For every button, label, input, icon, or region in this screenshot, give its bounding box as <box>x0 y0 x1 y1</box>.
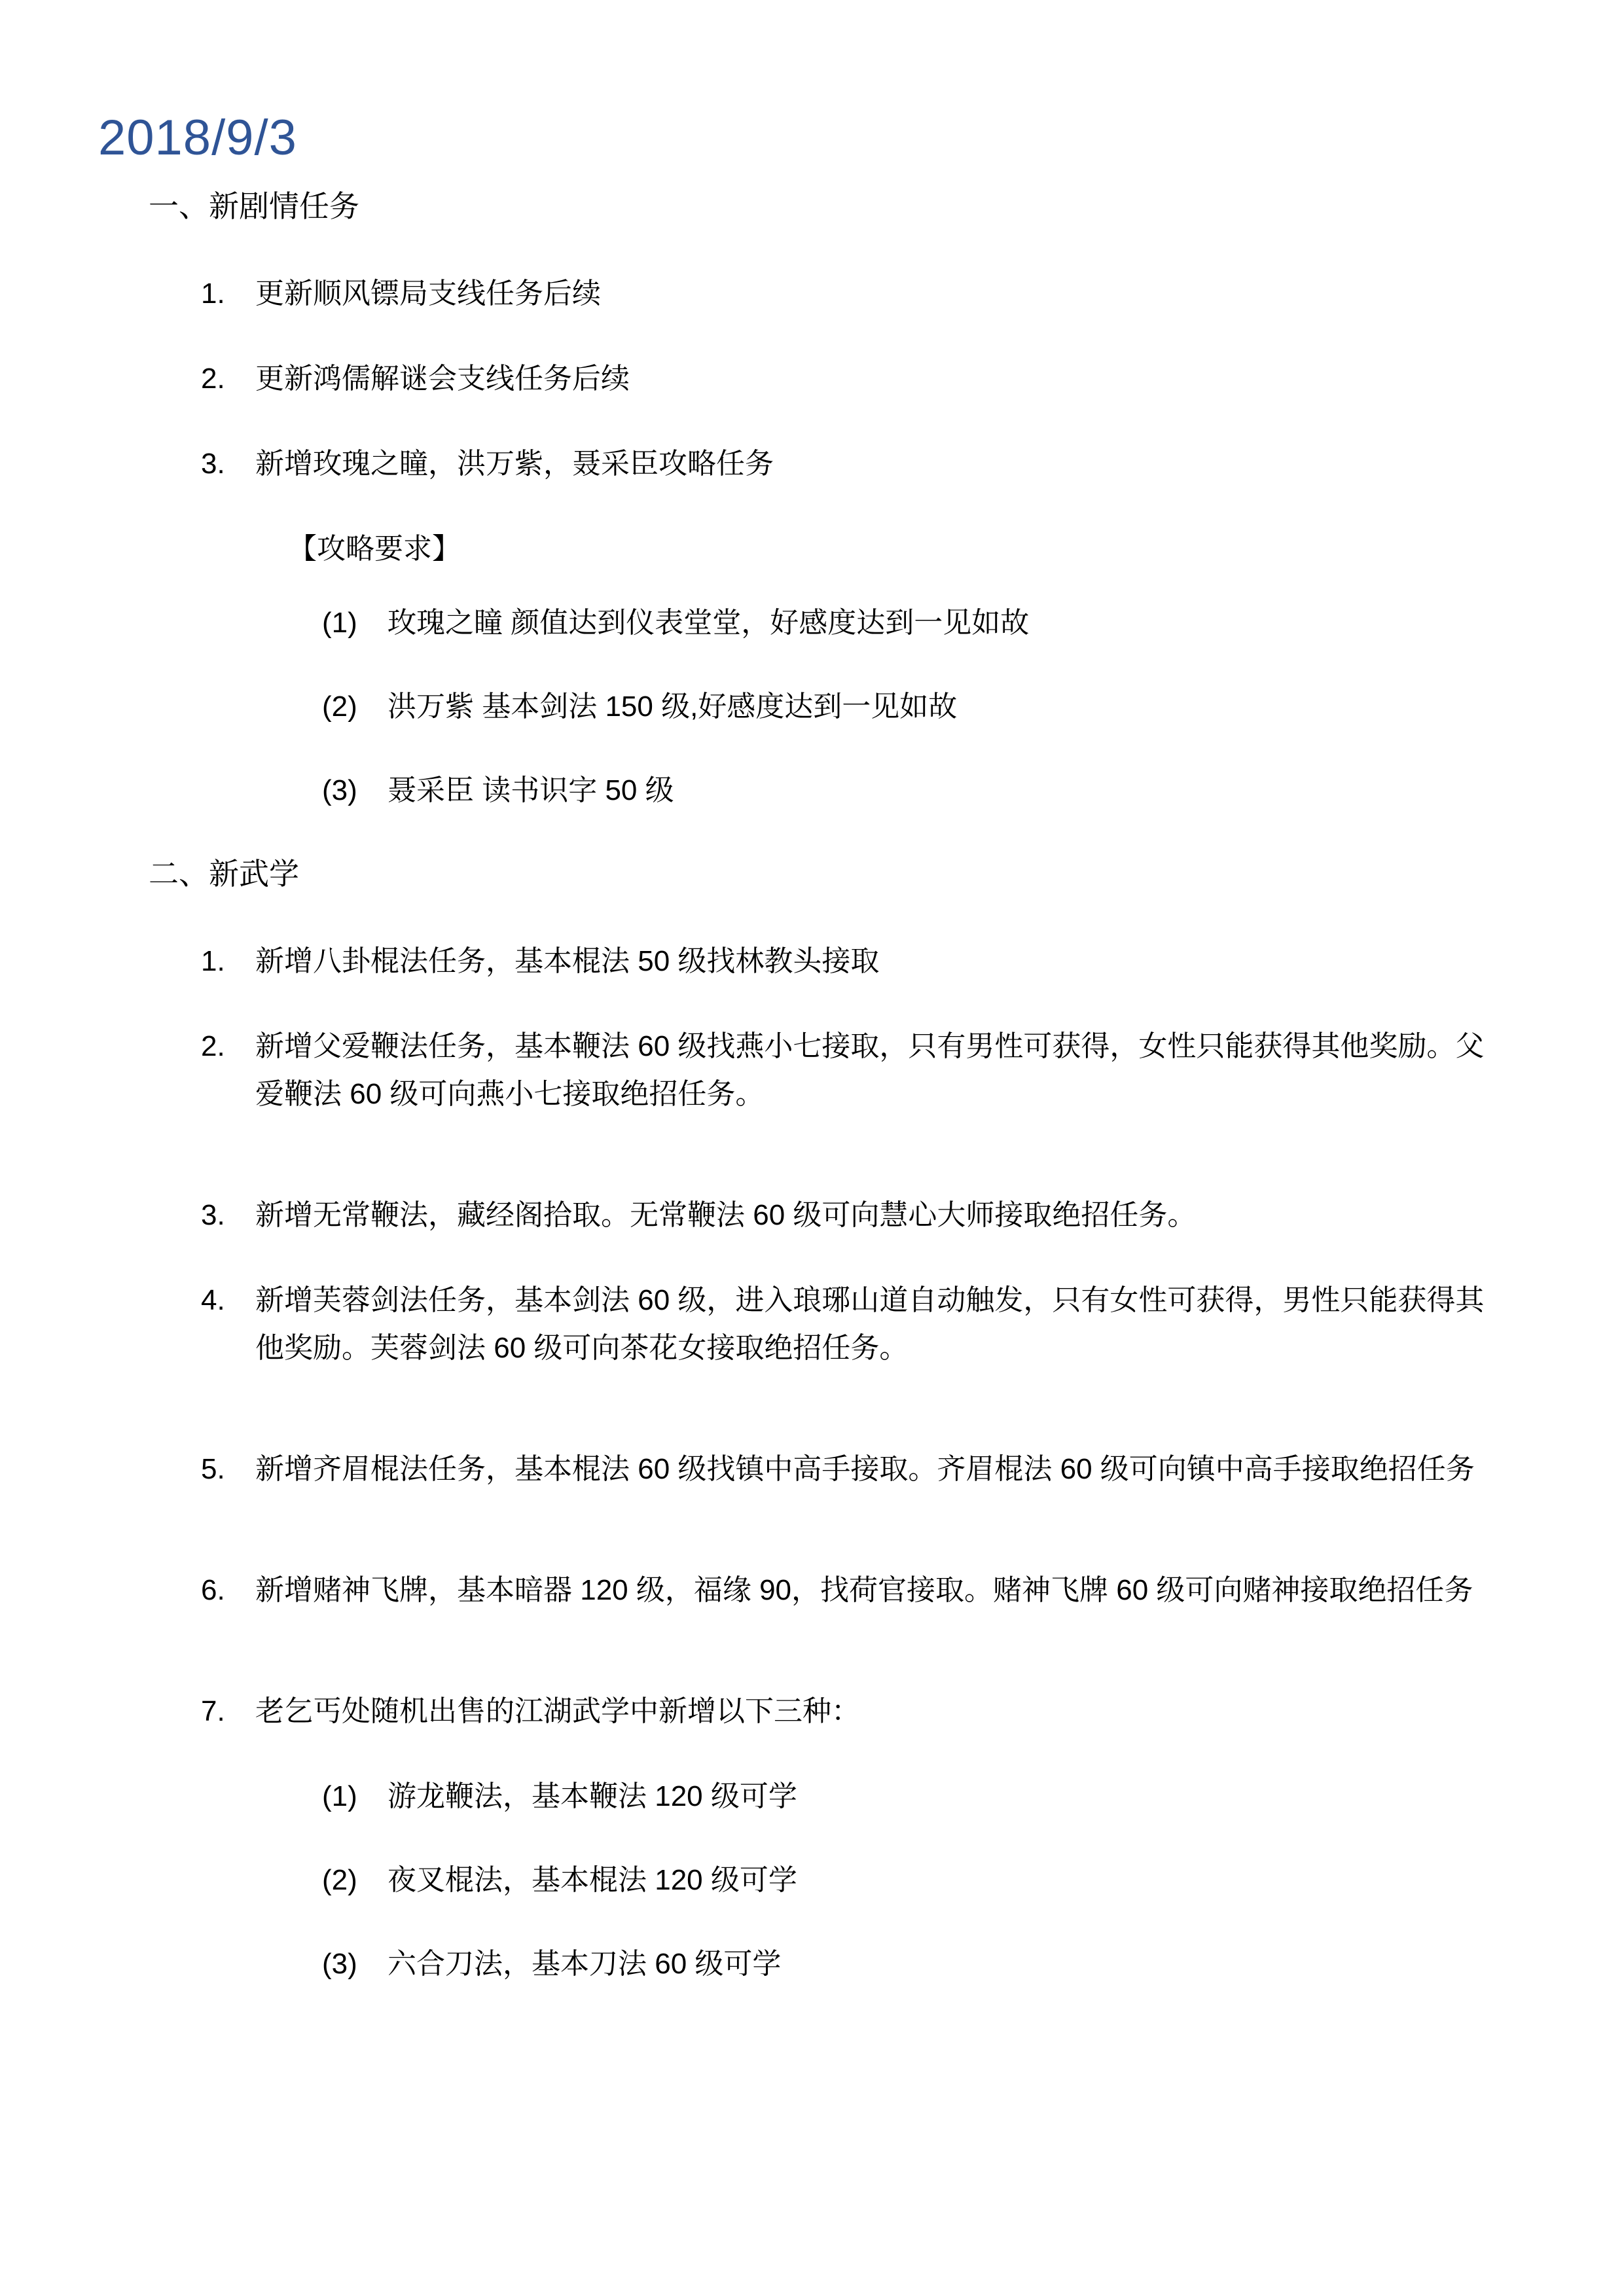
sub-list-item: (3)六合刀法，基本刀法 60 级可学 <box>322 1940 1513 1988</box>
list-item-number: 1. <box>201 937 255 985</box>
paragraph-spacer <box>0 1155 1624 1191</box>
page-title: 2018/9/3 <box>98 108 1513 168</box>
list-item-text: 更新顺风镖局支线任务后续 <box>255 270 1513 317</box>
bracket-heading: 【攻略要求】 <box>288 525 1513 573</box>
paragraph-spacer <box>0 1530 1624 1566</box>
document-page: 2018/9/3 一、新剧情任务1.更新顺风镖局支线任务后续2.更新鸿儒解谜会支… <box>0 0 1624 2296</box>
list-item-text: 新增芙蓉剑法任务，基本剑法 60 级，进入琅琊山道自动触发，只有女性可获得，男性… <box>255 1276 1513 1372</box>
list-item: 2.更新鸿儒解谜会支线任务后续 <box>201 355 1513 403</box>
sub-list-item: (3)聂采臣 读书识字 50 级 <box>322 766 1513 814</box>
list-item-text: 游龙鞭法，基本鞭法 120 级可学 <box>388 1772 1513 1820</box>
list-item-number: 6. <box>201 1566 255 1614</box>
list-item-number: 2. <box>201 355 255 403</box>
section-heading: 一、新剧情任务 <box>149 183 1513 230</box>
list-item-number: 3. <box>201 1191 255 1239</box>
list-item-text: 老乞丐处随机出售的江湖武学中新增以下三种： <box>255 1687 1513 1735</box>
list-item: 5.新增齐眉棍法任务，基本棍法 60 级找镇中高手接取。齐眉棍法 60 级可向镇… <box>201 1445 1513 1493</box>
list-item: 3.新增无常鞭法，藏经阁拾取。无常鞭法 60 级可向慧心大师接取绝招任务。 <box>201 1191 1513 1239</box>
paragraph-spacer <box>0 1409 1624 1445</box>
list-item-text: 玫瑰之瞳 颜值达到仪表堂堂，好感度达到一见如故 <box>388 599 1513 647</box>
list-item-number: 4. <box>201 1276 255 1324</box>
list-item: 6.新增赌神飞牌，基本暗器 120 级，福缘 90，找荷官接取。赌神飞牌 60 … <box>201 1566 1513 1614</box>
sub-list-item: (1)游龙鞭法，基本鞭法 120 级可学 <box>322 1772 1513 1820</box>
list-item-number: (1) <box>322 1772 388 1820</box>
list-item: 3.新增玫瑰之瞳，洪万紫，聂采臣攻略任务 <box>201 440 1513 488</box>
list-item-text: 新增八卦棍法任务，基本棍法 50 级找林教头接取 <box>255 937 1513 985</box>
list-item-number: 1. <box>201 270 255 317</box>
list-item: 1.更新顺风镖局支线任务后续 <box>201 270 1513 317</box>
list-item-text: 六合刀法，基本刀法 60 级可学 <box>388 1940 1513 1988</box>
list-item-text: 聂采臣 读书识字 50 级 <box>388 766 1513 814</box>
sub-list-item: (2)夜叉棍法，基本棍法 120 级可学 <box>322 1856 1513 1904</box>
list-item-number: (3) <box>322 766 388 814</box>
list-item-text: 洪万紫 基本剑法 150 级,好感度达到一见如故 <box>388 683 1513 730</box>
sub-list-item: (2)洪万紫 基本剑法 150 级,好感度达到一见如故 <box>322 683 1513 730</box>
list-item-text: 新增赌神飞牌，基本暗器 120 级，福缘 90，找荷官接取。赌神飞牌 60 级可… <box>255 1566 1513 1614</box>
list-item-number: 5. <box>201 1445 255 1493</box>
list-item-text: 夜叉棍法，基本棍法 120 级可学 <box>388 1856 1513 1904</box>
list-item: 2.新增父爱鞭法任务，基本鞭法 60 级找燕小七接取，只有男性可获得，女性只能获… <box>201 1022 1513 1118</box>
section-heading: 二、新武学 <box>149 850 1513 898</box>
list-item-number: 3. <box>201 440 255 488</box>
document-body: 一、新剧情任务1.更新顺风镖局支线任务后续2.更新鸿儒解谜会支线任务后续3.新增… <box>0 183 1624 1988</box>
list-item-text: 新增齐眉棍法任务，基本棍法 60 级找镇中高手接取。齐眉棍法 60 级可向镇中高… <box>255 1445 1513 1493</box>
list-item-text: 新增玫瑰之瞳，洪万紫，聂采臣攻略任务 <box>255 440 1513 488</box>
sub-list-item: (1)玫瑰之瞳 颜值达到仪表堂堂，好感度达到一见如故 <box>322 599 1513 647</box>
list-item: 4.新增芙蓉剑法任务，基本剑法 60 级，进入琅琊山道自动触发，只有女性可获得，… <box>201 1276 1513 1372</box>
list-item-text: 新增父爱鞭法任务，基本鞭法 60 级找燕小七接取，只有男性可获得，女性只能获得其… <box>255 1022 1513 1118</box>
list-item-number: (2) <box>322 1856 388 1904</box>
list-item-text: 更新鸿儒解谜会支线任务后续 <box>255 355 1513 403</box>
paragraph-spacer <box>0 1651 1624 1687</box>
list-item-number: (3) <box>322 1940 388 1988</box>
list-item-number: 2. <box>201 1022 255 1070</box>
list-item-text: 新增无常鞭法，藏经阁拾取。无常鞭法 60 级可向慧心大师接取绝招任务。 <box>255 1191 1513 1239</box>
list-item-number: 7. <box>201 1687 255 1735</box>
list-item-number: (2) <box>322 683 388 730</box>
list-item: 1.新增八卦棍法任务，基本棍法 50 级找林教头接取 <box>201 937 1513 985</box>
list-item-number: (1) <box>322 599 388 647</box>
list-item: 7.老乞丐处随机出售的江湖武学中新增以下三种： <box>201 1687 1513 1735</box>
